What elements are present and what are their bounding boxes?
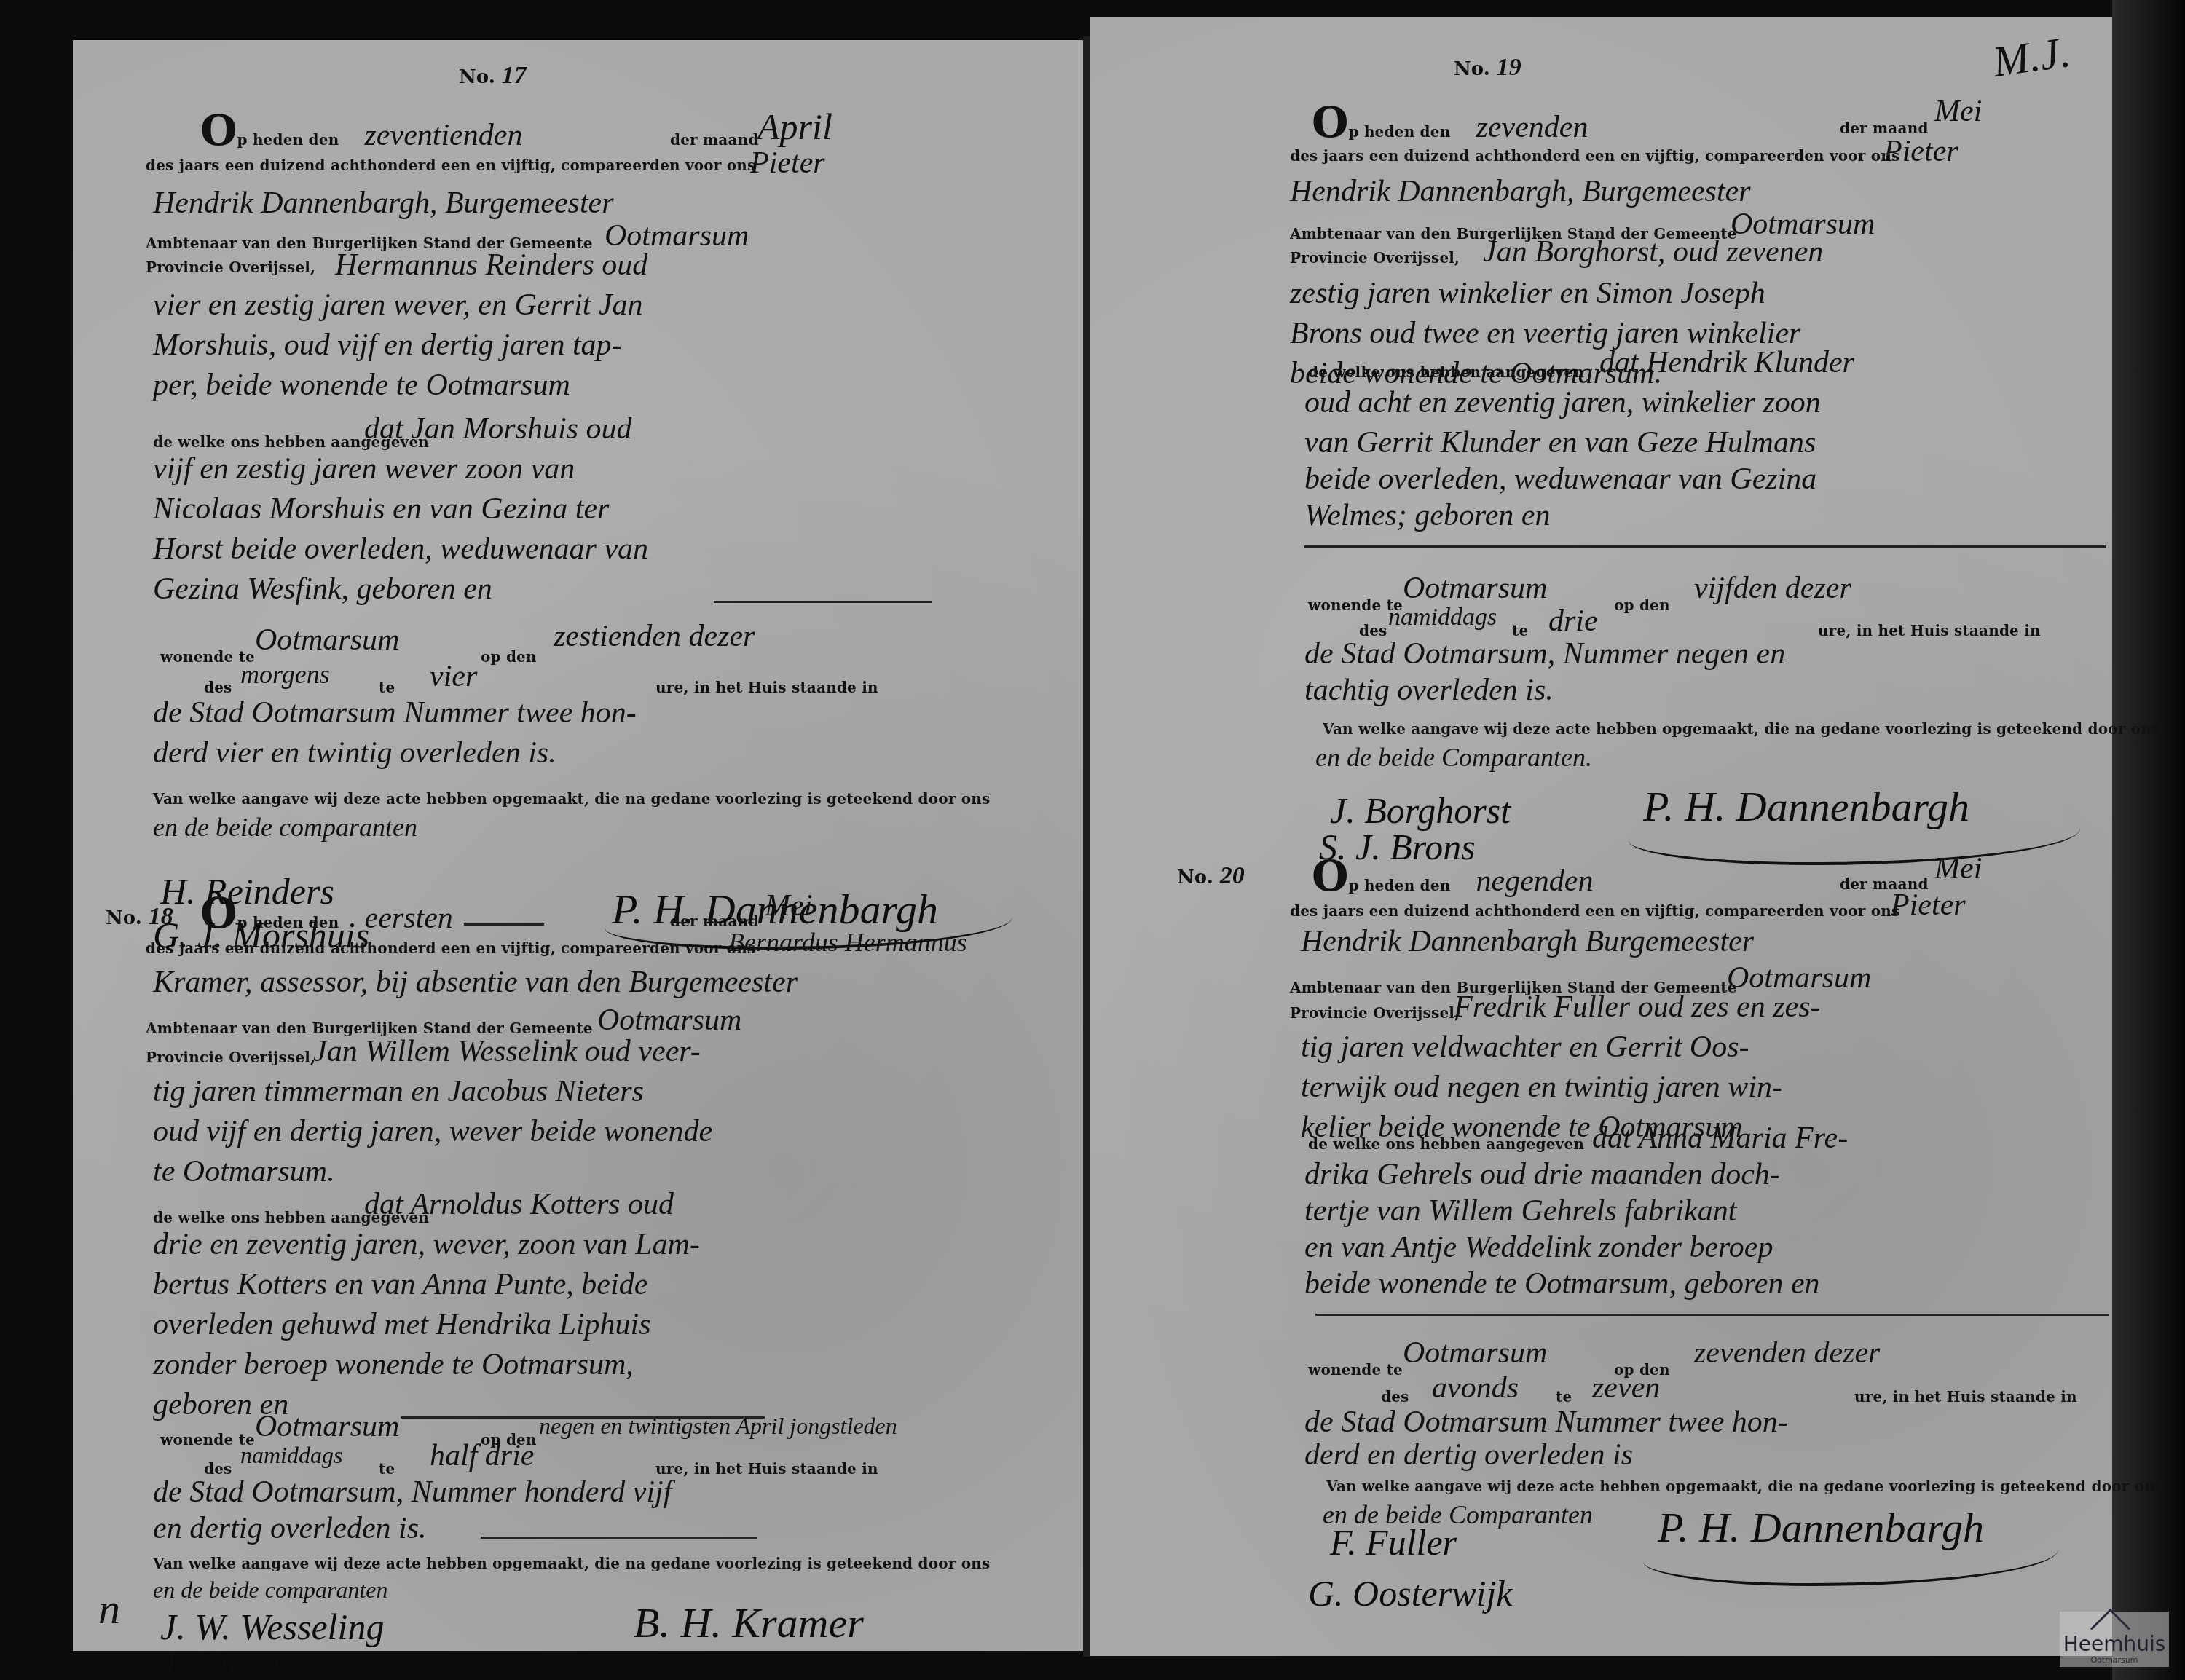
declaration-line: oud acht en zeventig jaren, winkelier zo… <box>1304 385 1821 420</box>
record-number-label: No. <box>459 66 495 88</box>
record-number: No. 20 <box>1177 862 1245 890</box>
blank-rule <box>1304 545 2106 548</box>
official-name-2: Hendrik Dannenbargh, Burgemeester <box>1290 174 1751 209</box>
label-ure: ure, in het Huis staande in <box>1854 1388 2077 1405</box>
register-page-left: No. 17 Op heden den zeventienden der maa… <box>73 40 1087 1651</box>
record-month: Mei <box>1934 94 1982 129</box>
blank-dash <box>464 923 544 926</box>
witness-signature: F. Fuller <box>1330 1521 1457 1563</box>
label-ure: ure, in het Huis staande in <box>655 679 878 696</box>
label-provincie: Provincie Overijssel, <box>1290 249 1460 267</box>
record-gemeente: Ootmarsum <box>597 1003 741 1038</box>
record-month: Mei <box>765 888 812 923</box>
closing-line: en de beide comparanten <box>153 812 417 843</box>
label-wonende-te: wonende te <box>1308 1361 1403 1379</box>
initial-capital: O <box>200 888 237 938</box>
declaration-line: drika Gehrels oud drie maanden doch- <box>1304 1157 1780 1192</box>
label-van-welke: Van welke aangave wij deze acte hebben o… <box>153 1555 990 1572</box>
label-de-welke: de welke ons hebben aangegeven <box>1308 1135 1584 1153</box>
record-month: Mei <box>1934 851 1982 886</box>
declaration-line: vijf en zestig jaren wever zoon van <box>153 451 575 486</box>
record-day: negenden <box>1476 864 1594 898</box>
death-record-18: No. 18 Op heden den eersten der maand Me… <box>73 841 1087 1642</box>
witness-signature: G. Oosterwijk <box>1308 1572 1513 1614</box>
label-te: te <box>1556 1388 1572 1405</box>
heemhuis-watermark: Heemhuis Ootmarsum <box>2060 1612 2169 1667</box>
record-number: No. 17 <box>459 62 527 90</box>
house-line: en dertig overleden is. <box>153 1511 427 1546</box>
witness-line: tig jaren timmerman en Jacobus Nieters <box>153 1074 644 1109</box>
record-time-of-day: namiddags <box>1388 604 1497 631</box>
witness-line: Jan Willem Wesselink oud veer- <box>313 1034 701 1069</box>
record-time-of-day: avonds <box>1432 1371 1519 1405</box>
record-time-of-day: morgens <box>240 659 330 690</box>
official-name-2: Kramer, assessor, bij absentie van den B… <box>153 965 798 1000</box>
declaration-line: bertus Kotters en van Anna Punte, beide <box>153 1267 647 1302</box>
witness-line: tig jaren veldwachter en Gerrit Oos- <box>1301 1030 1749 1065</box>
declaration-line: zonder beroep wonende te Ootmarsum, <box>153 1347 634 1382</box>
label-de-welke: de welke ons hebben aangegeven <box>1308 363 1584 381</box>
label-des: des <box>204 679 232 696</box>
witness-line: vier en zestig jaren wever, en Gerrit Ja… <box>153 288 643 323</box>
house-line: de Stad Ootmarsum Nummer twee hon- <box>153 695 637 730</box>
record-time-of-day: namiddags <box>240 1442 342 1469</box>
record-death-day: zestienden dezer <box>554 619 755 654</box>
label-op-heden: p heden den <box>1349 877 1451 894</box>
declaration-line: drie en zeventig jaren, wever, zoon van … <box>153 1227 700 1262</box>
house-line: derd en dertig overleden is <box>1304 1438 1633 1472</box>
label-provincie: Provincie Overijssel, <box>146 1049 315 1066</box>
label-des-jaars: des jaars een duizend achthonderd een en… <box>146 157 756 174</box>
declaration-line: overleden gehuwd met Hendrika Liphuis <box>153 1307 651 1342</box>
house-line: de Stad Ootmarsum, Nummer honderd vijf <box>153 1475 672 1510</box>
label-ure: ure, in het Huis staande in <box>1818 622 2041 639</box>
blank-rule <box>1315 1314 2109 1316</box>
record-number-value: 17 <box>502 62 527 89</box>
declaration-line: en van Antje Weddelink zonder beroep <box>1304 1230 1773 1265</box>
witness-line: Fredrik Fuller oud zes en zes- <box>1454 990 1821 1025</box>
closing-line: en de beide Comparanten. <box>1315 742 1592 773</box>
declaration-line: beide overleden, weduwenaar van Gezina <box>1304 462 1816 497</box>
record-number-value: 20 <box>1220 862 1245 889</box>
record-number-value: 19 <box>1497 54 1521 81</box>
initial-capital: O <box>1312 851 1349 901</box>
declaration-line: dat Anna Maria Fre- <box>1592 1121 1848 1156</box>
official-name-2: Hendrik Dannenbargh, Burgemeester <box>153 186 614 221</box>
declaration-line: dat Hendrik Klunder <box>1599 345 1854 380</box>
record-residence: Ootmarsum <box>1403 571 1547 606</box>
official-name-1: Bernardus Hermannus <box>728 927 967 958</box>
record-day: zevenden <box>1476 111 1588 144</box>
declaration-line: tertje van Willem Gehrels fabrikant <box>1304 1194 1736 1229</box>
label-des-jaars: des jaars een duizend achthonderd een en… <box>146 939 756 957</box>
declaration-line: Welmes; geboren en <box>1304 498 1550 533</box>
declaration-line: dat Arnoldus Kotters oud <box>364 1187 674 1222</box>
official-signature: B. H. Kramer <box>634 1598 864 1647</box>
label-des-jaars: des jaars een duizend achthonderd een en… <box>1290 147 1900 165</box>
house-line: tachtig overleden is. <box>1304 673 1554 708</box>
record-hour: drie <box>1548 604 1598 639</box>
record-residence: Ootmarsum <box>1403 1336 1547 1371</box>
official-name-1: Pieter <box>750 146 825 181</box>
watermark-title: Heemhuis <box>2060 1632 2169 1656</box>
label-op-heden: p heden den <box>237 131 339 149</box>
death-record-17: No. 17 Op heden den zeventienden der maa… <box>73 40 1087 841</box>
watermark-subtitle: Ootmarsum <box>2060 1655 2169 1665</box>
house-line: de Stad Ootmarsum, Nummer negen en <box>1304 636 1785 671</box>
declaration-line: dat Jan Morshuis oud <box>364 411 632 446</box>
record-residence: Ootmarsum <box>255 1409 399 1444</box>
witness-line: terwijk oud negen en twintig jaren win- <box>1301 1070 1782 1105</box>
margin-mark: n <box>98 1584 120 1634</box>
witness-line: Jan Borghorst, oud zevenen <box>1483 234 1823 269</box>
official-name-1: Pieter <box>1891 888 1966 923</box>
record-hour: half drie <box>430 1438 535 1473</box>
declaration-line: Horst beide overleden, weduwenaar van <box>153 532 648 567</box>
label-des: des <box>1381 1388 1409 1405</box>
house-line: de Stad Ootmarsum Nummer twee hon- <box>1304 1405 1788 1440</box>
record-hour: zeven <box>1592 1371 1660 1405</box>
witness-line: zestig jaren winkelier en Simon Joseph <box>1290 276 1765 311</box>
official-name-2: Hendrik Dannenbargh Burgemeester <box>1301 924 1754 959</box>
record-month: April <box>757 106 832 148</box>
record-number-value: 18 <box>149 903 173 930</box>
death-record-19: No. 19 Op heden den zevenden der maand M… <box>1090 17 2112 833</box>
record-number-label: No. <box>1454 58 1490 80</box>
record-number: No. 18 <box>106 903 173 931</box>
register-page-right: M.J. No. 19 Op heden den zevenden der ma… <box>1090 17 2112 1656</box>
declaration-line: Nicolaas Morshuis en van Gezina ter <box>153 492 609 527</box>
initial-capital: O <box>200 106 237 155</box>
record-number-label: No. <box>1177 867 1213 888</box>
declaration-line: van Gerrit Klunder en van Geze Hulmans <box>1304 425 1816 460</box>
official-name-1: Pieter <box>1883 134 1958 169</box>
label-des-jaars: des jaars een duizend achthonderd een en… <box>1290 902 1900 920</box>
record-death-day: zevenden dezer <box>1694 1336 1880 1371</box>
record-hour: vier <box>430 659 477 694</box>
witness-line: Hermannus Reinders oud <box>335 248 647 283</box>
record-day: eersten <box>365 902 453 935</box>
label-van-welke: Van welke aangave wij deze acte hebben o… <box>153 790 990 808</box>
record-death-day: vijfden dezer <box>1694 571 1851 606</box>
record-residence: Ootmarsum <box>255 623 399 658</box>
label-van-welke: Van welke aangave wij deze acte hebben o… <box>1326 1478 2163 1495</box>
label-der-maand: der maand <box>670 131 759 149</box>
label-op-den: op den <box>481 648 537 666</box>
record-number: No. 19 <box>1454 54 1521 82</box>
label-op-heden: p heden den <box>1349 123 1451 141</box>
label-op-heden: p heden den <box>237 914 339 931</box>
scan-background-right <box>2112 0 2185 1680</box>
witness-line: per, beide wonende te Ootmarsum <box>153 368 570 403</box>
witness-line: te Ootmarsum. <box>153 1154 335 1189</box>
record-number-label: No. <box>106 907 142 929</box>
record-day: zeventienden <box>365 119 523 152</box>
declaration-line: beide wonende te Ootmarsum, geboren en <box>1304 1266 1820 1301</box>
label-op-den: op den <box>1614 596 1670 614</box>
label-provincie: Provincie Overijssel, <box>146 259 315 276</box>
label-van-welke: Van welke aangave wij deze acte hebben o… <box>1323 720 2160 738</box>
house-line: derd vier en twintig overleden is. <box>153 736 556 770</box>
declaration-line: Gezina Wesfink, geboren en <box>153 572 492 607</box>
label-ure: ure, in het Huis staande in <box>655 1460 878 1478</box>
blank-rule <box>714 601 932 603</box>
record-death-day: negen en twintigsten April jongstleden <box>539 1413 897 1440</box>
label-te: te <box>379 679 395 696</box>
witness-line: oud vijf en dertig jaren, wever beide wo… <box>153 1114 712 1149</box>
closing-line: en de beide comparanten <box>153 1577 388 1604</box>
initial-capital: O <box>1312 98 1349 147</box>
label-provincie: Provincie Overijssel, <box>1290 1004 1460 1022</box>
blank-rule <box>481 1537 757 1539</box>
witness-signature: J. Nieters <box>160 1642 300 1680</box>
witness-line: Morshuis, oud vijf en dertig jaren tap- <box>153 328 622 363</box>
